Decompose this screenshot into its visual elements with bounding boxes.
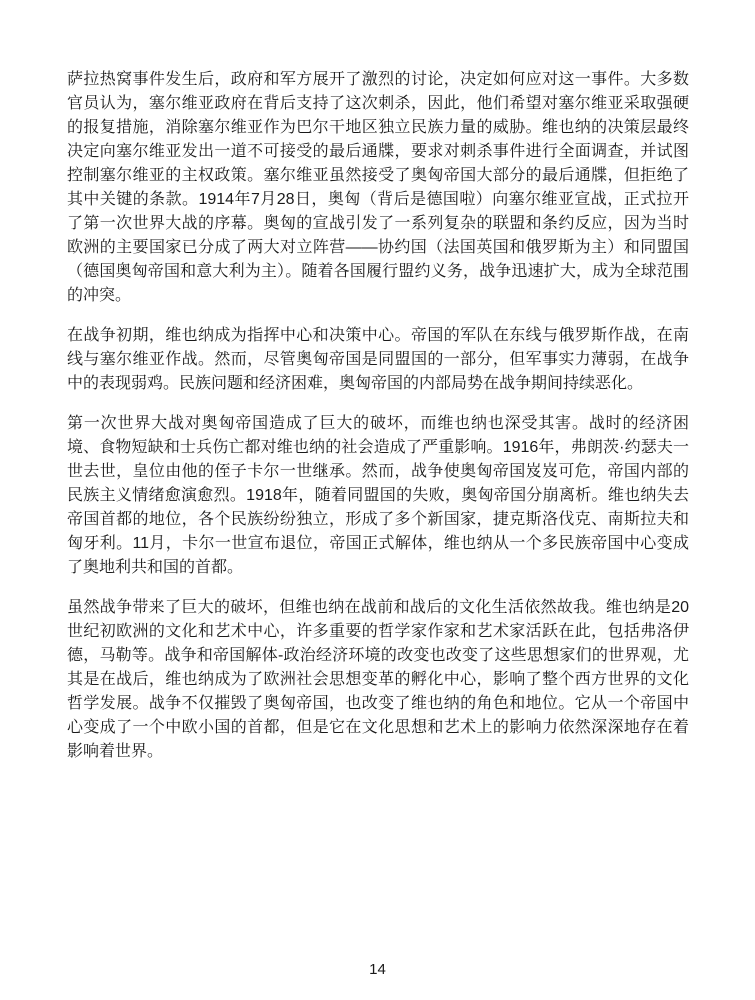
page-content: 萨拉热窝事件发生后，政府和军方展开了激烈的讨论，决定如何应对这一事件。大多数官员… <box>67 68 689 780</box>
paragraph-2: 在战争初期，维也纳成为指挥中心和决策中心。帝国的军队在东线与俄罗斯作战，在南线与… <box>67 324 689 396</box>
paragraph-1: 萨拉热窝事件发生后，政府和军方展开了激烈的讨论，决定如何应对这一事件。大多数官员… <box>67 68 689 308</box>
document-page: 萨拉热窝事件发生后，政府和军方展开了激烈的讨论，决定如何应对这一事件。大多数官员… <box>0 0 755 1000</box>
paragraph-3: 第一次世界大战对奥匈帝国造成了巨大的破坏，而维也纳也深受其害。战时的经济困境、食… <box>67 412 689 580</box>
page-number: 14 <box>0 960 755 980</box>
paragraph-4: 虽然战争带来了巨大的破坏，但维也纳在战前和战后的文化生活依然故我。维也纳是20世… <box>67 596 689 764</box>
